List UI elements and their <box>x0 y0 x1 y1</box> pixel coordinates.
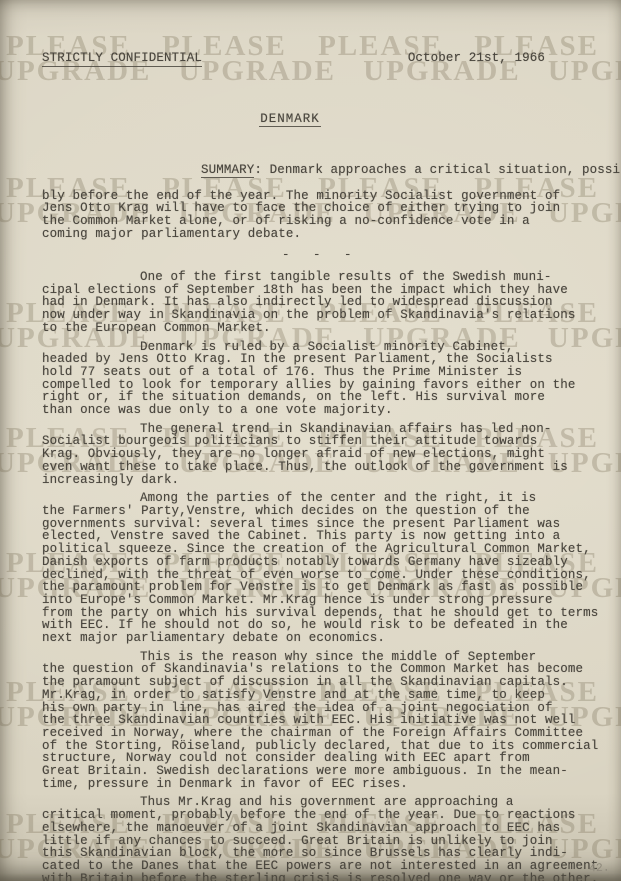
page-title: DENMARK <box>259 113 321 128</box>
text-line: the Common Market alone, or of risking a… <box>42 215 591 228</box>
text-line: elsewhere, the manoeuver of a joint Skan… <box>42 822 591 835</box>
paragraph-4: Among the parties of the center and the … <box>42 492 591 644</box>
text-line: Danish exports of farm products notably … <box>42 556 591 569</box>
text-line: coming major parliamentary debate. <box>42 228 591 241</box>
summary-first-line: SUMMARY: Denmark approaches a critical s… <box>42 151 591 189</box>
document-date: October 21st, 1966 <box>408 52 545 65</box>
text-line: than once was due only to a one vote maj… <box>42 404 591 417</box>
document-page: PLEASE PLEASE PLEASE PLEASE PLEASEUPGRAD… <box>0 0 621 881</box>
text-line: the Farmers' Party,Venstre, which decide… <box>42 505 591 518</box>
typed-content: STRICTLY CONFIDENTIAL October 21st, 1966… <box>0 0 621 881</box>
summary-block: SUMMARY: Denmark approaches a critical s… <box>42 151 591 240</box>
section-separator: - - - <box>282 249 591 262</box>
text-line: critical moment, probably before the end… <box>42 809 591 822</box>
text-line: even want these to take place. Thus, the… <box>42 461 591 474</box>
classification-stamp: STRICTLY CONFIDENTIAL <box>42 52 202 67</box>
text-line: into Europe's Common Market. Mr.Krag hen… <box>42 594 591 607</box>
page-number: 42. <box>589 862 610 876</box>
document-header: STRICTLY CONFIDENTIAL October 21st, 1966 <box>42 52 591 67</box>
text-line: now under way in Skandinavia on the prob… <box>42 309 591 322</box>
text-line: the paramount problem for Venstre is to … <box>42 581 591 594</box>
text-line: cated to the Danes that the EEC powers a… <box>42 860 591 873</box>
text-line: next major parliamentary debate on econo… <box>42 632 591 645</box>
text-line: with Britain before the sterling crisis … <box>42 873 591 881</box>
paragraph-5: This is the reason why since the middle … <box>42 651 591 791</box>
title-row: DENMARK <box>0 113 591 128</box>
text-line: political squeeze. Since the creation of… <box>42 543 591 556</box>
text-line: received in Norway, where the chairman o… <box>42 727 591 740</box>
paragraph-2: Denmark is ruled by a Socialist minority… <box>42 341 591 417</box>
text-line: hold 77 seats out of a total of 176. Thu… <box>42 366 591 379</box>
paragraph-3: The general trend in Skandinavian affair… <box>42 423 591 487</box>
text-line: to the European Common Market. <box>42 322 591 335</box>
text-line: One of the first tangible results of the… <box>42 271 591 284</box>
summary-label: SUMMARY <box>201 163 254 178</box>
paragraph-6: Thus Mr.Krag and his government are appr… <box>42 796 591 881</box>
text-line: Great Britain. Swedish declarations were… <box>42 765 591 778</box>
text-line: increasingly dark. <box>42 474 591 487</box>
summary-lines: bly before the end of the year. The mino… <box>42 190 591 241</box>
text-line: time, pressure in Denmark in favor of EE… <box>42 778 591 791</box>
summary-first-line-text: : Denmark approaches a critical situatio… <box>254 163 621 177</box>
text-line: the paramount subject of discussion in a… <box>42 676 591 689</box>
paragraph-1: One of the first tangible results of the… <box>42 271 591 335</box>
text-line: Mr.Krag, in order to satisfy Venstre and… <box>42 689 591 702</box>
text-line: Krag. Obviously, they are no longer afra… <box>42 448 591 461</box>
